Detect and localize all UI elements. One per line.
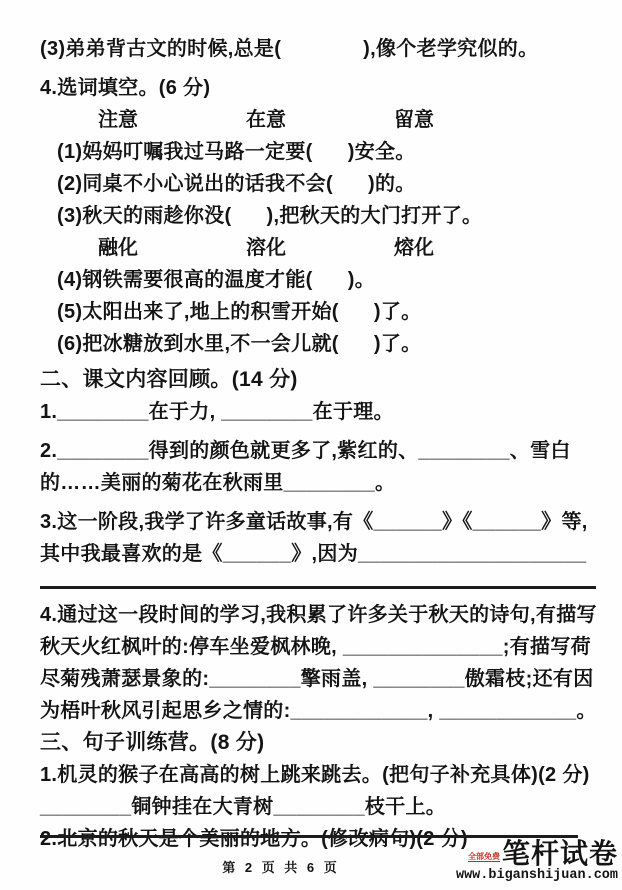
- section3-q1-line1: 1.机灵的猴子在高高的树上跳来跳去。(把句子补充具体)(2 分): [40, 759, 596, 791]
- word-option: 留意: [394, 104, 542, 136]
- q3-item-3: (3)弟弟背古文的时候,总是( ),像个老学究似的。: [40, 33, 596, 65]
- answer-blank-line: [40, 835, 578, 838]
- section2-q3-line1: 3.这一阶段,我学了许多童话故事,有《______》《______》等,: [40, 506, 596, 538]
- section2-q4-line1: 4.通过这一段时间的学习,我积累了许多关于秋天的诗句,有描写: [40, 599, 596, 631]
- section3-q1-line2: ________铜钟挂在大青树________枝干上。: [40, 791, 596, 823]
- word-option: 熔化: [394, 232, 542, 264]
- section2-heading: 二、课文内容回顾。(14 分): [40, 364, 596, 396]
- section2-q2-line2: 的……美丽的菊花在秋雨里________。: [40, 467, 596, 499]
- watermark: 全部免费 笔杆试卷 www.biganshijuan.com: [456, 840, 618, 883]
- word-option: 在意: [246, 104, 394, 136]
- q4-item-6: (6)把冰糖放到水里,不一会儿就( )了。: [40, 328, 596, 360]
- word-option: 注意: [98, 104, 246, 136]
- watermark-brand: 笔杆试卷: [502, 840, 618, 868]
- watermark-free-tag: 全部免费: [468, 853, 500, 862]
- section2-q4-line2: 秋天火红枫叶的:停车坐爱枫林晚, ______________;有描写荷: [40, 631, 596, 663]
- exam-paper-page: (3)弟弟背古文的时候,总是( ),像个老学究似的。 4.选词填空。(6 分) …: [0, 0, 622, 890]
- section3-heading: 三、句子训练营。(8 分): [40, 727, 596, 759]
- exam-content: (3)弟弟背古文的时候,总是( ),像个老学究似的。 4.选词填空。(6 分) …: [40, 33, 596, 855]
- section2-q4-line3: 尽菊残萧瑟景象的:________擎雨盖, ________傲霜枝;还有因: [40, 663, 596, 695]
- section2-q1: 1.________在于力, ________在于理。: [40, 396, 596, 428]
- word-option: 融化: [98, 232, 246, 264]
- word-option: 溶化: [246, 232, 394, 264]
- section2-q2-line1: 2.________得到的颜色就更多了,紫红的、________、雪白: [40, 435, 596, 467]
- watermark-url: www.biganshijuan.com: [456, 869, 618, 883]
- word-options-row-1: 注意 在意 留意: [40, 104, 596, 136]
- section2-q4-line4: 为梧叶秋风引起思乡之情的:____________, ____________。: [40, 695, 596, 727]
- section2-q3-line2: 其中我最喜欢的是《______》,因为____________________: [40, 538, 596, 570]
- q4-item-2: (2)同桌不小心说出的话我不会( )的。: [40, 168, 596, 200]
- word-options-row-2: 融化 溶化 熔化: [40, 232, 596, 264]
- q4-item-3: (3)秋天的雨趁你没( ),把秋天的大门打开了。: [40, 200, 596, 232]
- q4-item-4: (4)钢铁需要很高的温度才能( )。: [40, 264, 596, 296]
- answer-blank-line: [40, 570, 596, 589]
- q4-item-5: (5)太阳出来了,地上的积雪开始( )了。: [40, 296, 596, 328]
- q4-item-1: (1)妈妈叮嘱我过马路一定要( )安全。: [40, 136, 596, 168]
- q4-heading: 4.选词填空。(6 分): [40, 72, 596, 104]
